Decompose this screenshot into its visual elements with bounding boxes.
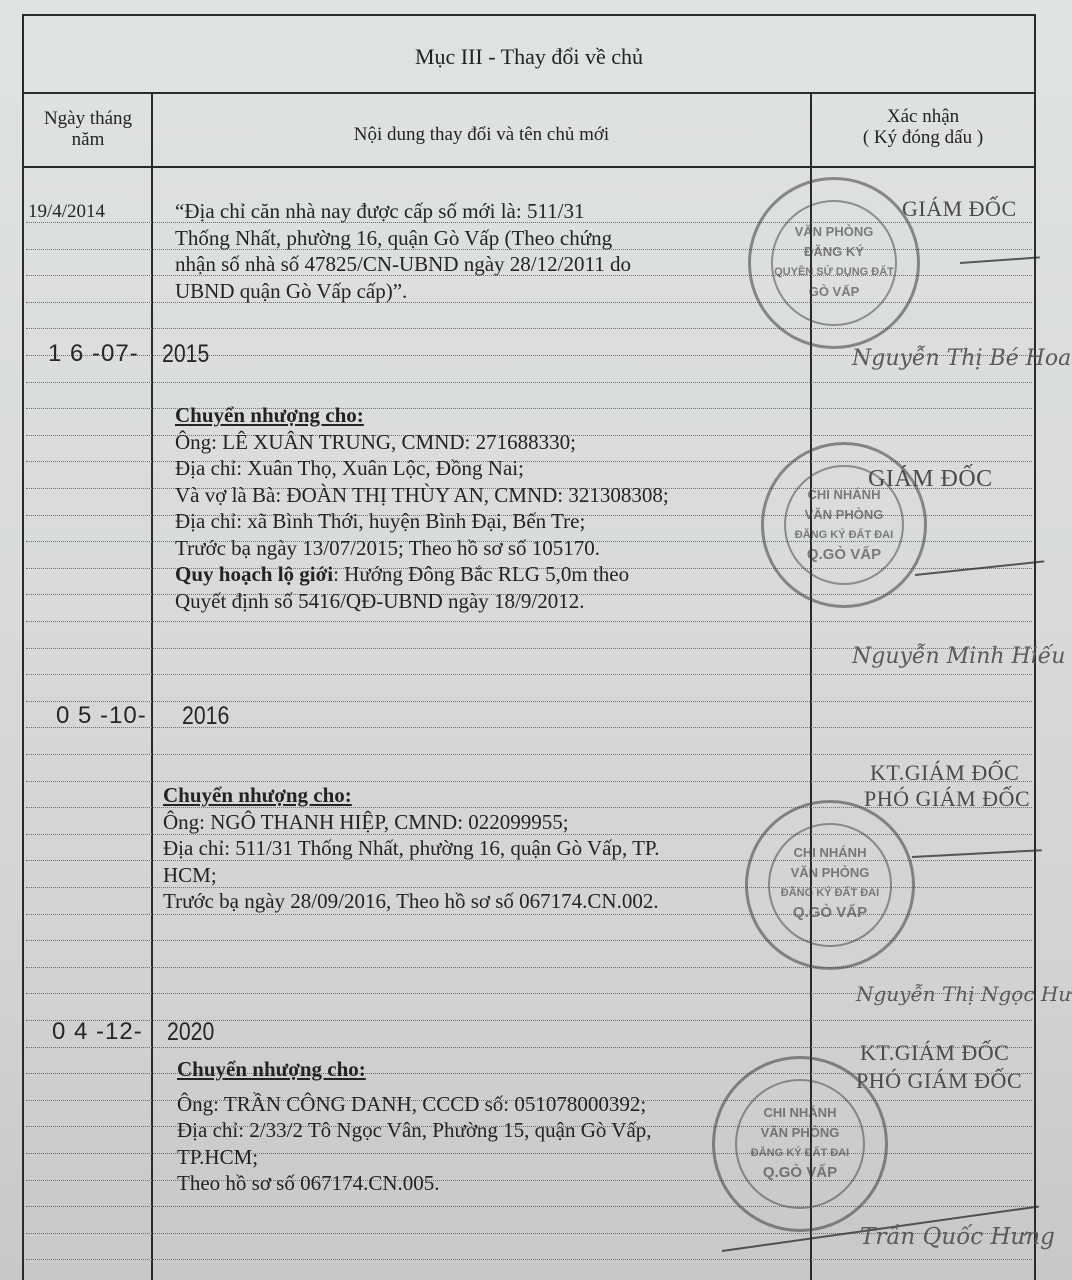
ownership-change-page: Mục III - Thay đổi về chủ Ngày tháng năm… — [22, 14, 1036, 1280]
signature-stroke — [960, 256, 1040, 264]
header-divider — [22, 92, 1036, 94]
signature-stroke — [912, 849, 1042, 858]
signer-name: Nguyễn Thị Bé Hoa — [852, 346, 1071, 371]
signer-subtitle: PHÓ GIÁM ĐỐC — [864, 786, 1030, 812]
signer-subtitle: PHÓ GIÁM ĐỐC — [856, 1068, 1022, 1094]
column-header-content: Nội dung thay đổi và tên chủ mới — [153, 124, 810, 145]
planning-label: Quy hoạch lộ giới — [175, 562, 333, 586]
date-column-divider — [151, 92, 153, 1280]
signer-name: Trần Quốc Hưng — [860, 1224, 1055, 1250]
entry-heading: Chuyển nhượng cho: — [177, 1057, 366, 1081]
dotted-rule — [26, 754, 1032, 755]
signer-title: KT.GIÁM ĐỐC — [870, 760, 1019, 786]
entry-content: Chuyển nhượng cho: Ông: NGÔ THANH HIỆP, … — [163, 782, 823, 915]
entry-date: 0 4 -12- — [52, 1018, 143, 1046]
column-header-confirm: Xác nhận ( Ký đóng dấu ) — [812, 106, 1034, 148]
dotted-rule — [26, 967, 1032, 968]
signer-name: Nguyễn Minh Hiếu — [852, 644, 1065, 669]
entry-content: “Địa chỉ căn nhà nay được cấp số mới là:… — [175, 198, 825, 304]
dotted-rule — [26, 382, 1032, 383]
entry-date: 19/4/2014 — [28, 201, 105, 223]
entry-content: Chuyển nhượng cho: Ông: LÊ XUÂN TRUNG, C… — [175, 402, 835, 614]
dotted-rule — [26, 727, 1032, 728]
signer-title: KT.GIÁM ĐỐC — [860, 1040, 1009, 1066]
dotted-rule — [26, 1206, 1032, 1207]
section-title: Mục III - Thay đổi về chủ — [22, 44, 1036, 70]
entry-date: 1 6 -07- — [48, 340, 139, 368]
signer-title: GIÁM ĐỐC — [868, 466, 993, 493]
entry-year: 2015 — [162, 340, 209, 369]
dotted-rule — [26, 674, 1032, 675]
dotted-rule — [26, 621, 1032, 622]
entry-heading: Chuyển nhượng cho: — [163, 783, 352, 807]
dotted-rule — [26, 1259, 1032, 1260]
official-stamp: VĂN PHÒNG ĐĂNG KÝ QUYỀN SỬ DỤNG ĐẤT GÒ V… — [748, 177, 920, 349]
table-border-top — [22, 14, 1036, 16]
dotted-rule — [26, 701, 1032, 702]
signer-title: GIÁM ĐỐC — [902, 196, 1017, 222]
entry-year: 2020 — [167, 1018, 214, 1047]
column-header-date: Ngày tháng năm — [24, 108, 152, 150]
entry-heading: Chuyển nhượng cho: — [175, 403, 364, 427]
official-stamp: CHI NHÁNH VĂN PHÒNG ĐĂNG KÝ ĐẤT ĐAI Q.GÒ… — [745, 800, 915, 970]
table-border-left — [22, 14, 24, 1280]
entry-year: 2016 — [182, 702, 229, 731]
signer-name: Nguyễn Thị Ngọc Hương — [856, 982, 1072, 1006]
column-header-divider — [22, 166, 1036, 168]
entry-date: 0 5 -10- — [56, 702, 147, 730]
